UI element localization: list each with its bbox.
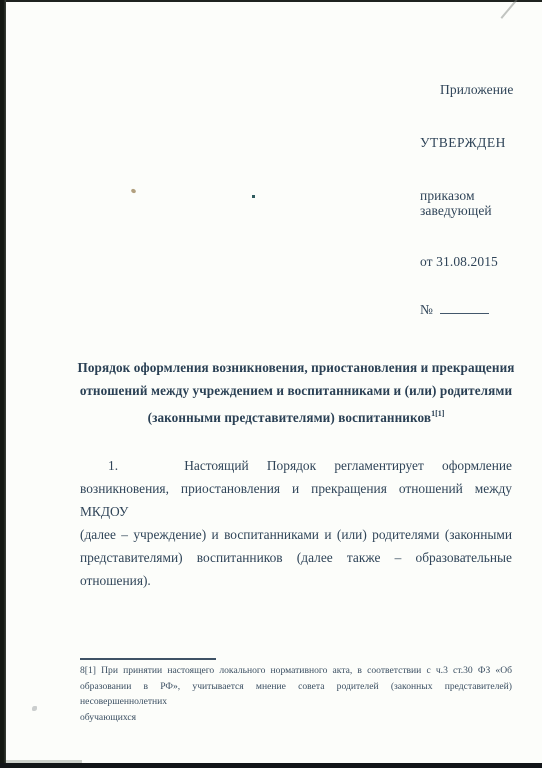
paper-speck-tan — [130, 188, 136, 194]
approved-by-line-1: приказом — [420, 188, 492, 203]
order-date: от 31.08.2015 — [420, 254, 498, 269]
approved-by-line-2: заведующей — [420, 203, 492, 218]
paper-bottom-edge-shadow — [6, 760, 82, 763]
number-sign: № — [420, 302, 433, 317]
title-line-2: отношений между учреждением и воспитанни… — [55, 379, 537, 402]
scan-edge-bottom — [0, 763, 542, 768]
paragraph-1-line-2: возникновения, приостановления и прекращ… — [80, 477, 512, 523]
paragraph-1-word: Порядок — [267, 454, 316, 477]
footnote-line-1: 8[1] При принятии настоящего локального … — [80, 663, 512, 679]
paper-speck-gray — [32, 706, 37, 711]
title-footnote-ref: 1[1] — [431, 409, 444, 418]
footnote-line-2: образовании в РФ», учитывается мнение со… — [80, 679, 512, 710]
appendix-label: Приложение — [440, 82, 513, 97]
footnote: 8[1] При принятии настоящего локального … — [80, 663, 512, 725]
paragraph-1-line-5: отношения). — [80, 569, 512, 592]
scan-scratch-top-right — [501, 0, 518, 19]
footnote-line-3: обучающихся — [80, 710, 512, 726]
scan-edge-top — [0, 0, 542, 2]
paragraph-1-number: 1. — [108, 454, 166, 477]
paragraph-1-word: регламентирует — [334, 454, 424, 477]
paragraph-1: 1. Настоящий Порядок регламентирует офор… — [80, 454, 512, 592]
document-title: Порядок оформления возникновения, приост… — [55, 356, 537, 429]
paragraph-1-line-4: представителями) воспитанников (далее та… — [80, 546, 512, 569]
title-line-3: (законными представителями) воспитаннико… — [55, 402, 537, 429]
approved-label: УТВЕРЖДЕН — [420, 135, 506, 150]
paragraph-1-word: оформление — [442, 454, 512, 477]
paragraph-1-line-3: (далее – учреждение) и воспитанниками и … — [80, 523, 512, 546]
footnote-separator-line — [80, 658, 216, 660]
paper-speck-teal — [252, 195, 255, 198]
title-line-1: Порядок оформления возникновения, приост… — [55, 356, 537, 379]
paragraph-1-line-1: 1. Настоящий Порядок регламентирует офор… — [80, 454, 512, 477]
paragraph-1-word: Настоящий — [184, 454, 248, 477]
title-line-3-text: (законными представителями) воспитаннико… — [148, 410, 432, 425]
number-blank-underline — [440, 302, 489, 314]
order-number-line: № — [420, 302, 489, 317]
scan-edge-left — [0, 0, 6, 768]
approved-by-block: приказом заведующей — [420, 188, 492, 218]
scanned-document-page: Приложение УТВЕРЖДЕН приказом заведующей… — [0, 0, 542, 768]
